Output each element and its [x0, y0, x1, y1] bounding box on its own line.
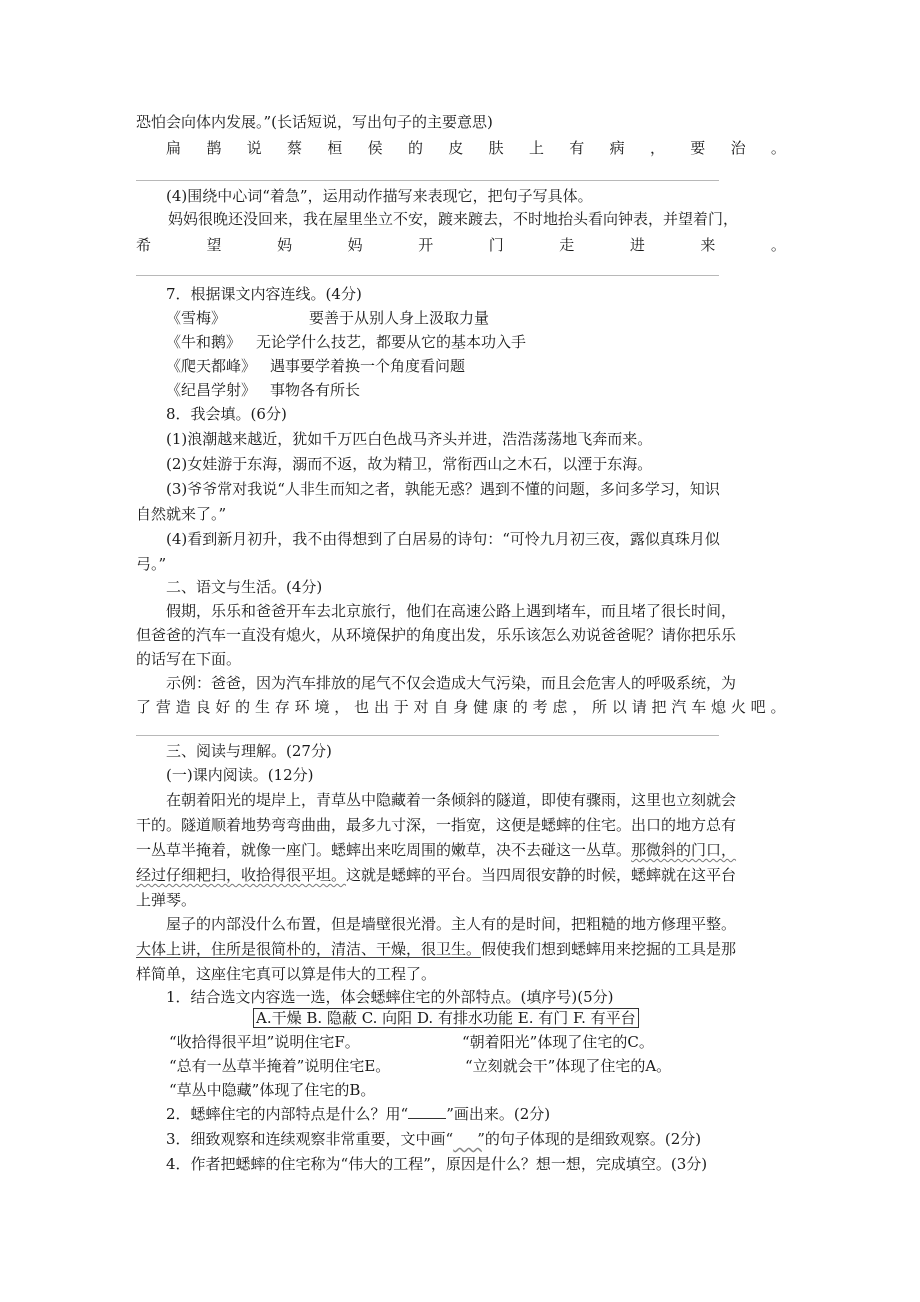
char: 妈: [348, 234, 363, 256]
question-text: ”画出来。(2分): [446, 1105, 550, 1123]
passage-text: 假使我们想到蟋蟀用来挖掘的工具是那: [481, 940, 736, 958]
passage-line: 样简单，这座住宅真可以算是伟大的工程了。: [136, 963, 436, 985]
char: 的: [235, 696, 250, 718]
answer-line-justified: 希望妈妈开门走进来。: [136, 234, 786, 256]
match-left-item: 《爬天都峰》: [136, 355, 256, 377]
match-right-item: 遇事要学着换一个角度看问题: [270, 355, 465, 377]
answer-separator: [136, 275, 719, 276]
answer-item: “总有一丛草半掩着”说明住宅E。: [169, 1055, 390, 1077]
example-line: 示例：爸爸，因为汽车排放的尾气不仅会造成大气污染，而且会危害人的呼吸系统，为: [136, 672, 736, 694]
char: 病: [610, 137, 625, 159]
question-prompt: (4)围绕中心词“着急”，运用动作描写来表现它，把句子写具体。: [136, 185, 593, 207]
char: 望: [207, 234, 222, 256]
question-title: 4．作者把蟋蟀的住宅称为“伟大的工程”，原因是什么？想一想，完成填空。(3分): [136, 1153, 707, 1175]
char: 营: [156, 696, 171, 718]
char: ，: [334, 696, 349, 718]
char: 造: [176, 696, 191, 718]
char: 有: [569, 137, 584, 159]
char: 把: [652, 696, 667, 718]
char: 来: [700, 234, 715, 256]
passage-text: 一丛草半掩着，就像一座门。蟋蟀出来吃周围的嫩草，决不去碰这一丛草。: [136, 841, 631, 859]
question-text: ”的句子体现的是细致观察。(2分): [477, 1130, 701, 1148]
match-right-item: 要善于从别人身上汲取力量: [309, 307, 489, 329]
char: 境: [314, 696, 329, 718]
char: 汽: [671, 696, 686, 718]
match-left-item: 《雪梅》: [136, 307, 226, 329]
char: 治: [731, 137, 746, 159]
char: 侯: [368, 137, 383, 159]
section-title: 二、语文与生活。(4分): [136, 576, 322, 598]
char: ，: [650, 137, 665, 159]
answer-separator: [136, 735, 719, 736]
char: 也: [354, 696, 369, 718]
char: 生: [255, 696, 270, 718]
char: 车: [691, 696, 706, 718]
char: 康: [493, 696, 508, 718]
paragraph-line: 假期，乐乐和爸爸开车去北京旅行，他们在高速公路上遇到堵车，而且堵了很长时间，: [136, 600, 736, 622]
char: 健: [473, 696, 488, 718]
char: 扁: [166, 137, 181, 159]
char: 对: [414, 696, 429, 718]
passage-line: 上弹琴。: [136, 889, 196, 911]
char: 说: [247, 137, 262, 159]
char: 桓: [327, 137, 342, 159]
underlined-text: 大体上讲，住所是很简朴的，清洁、干燥，很卫生。: [136, 940, 481, 958]
wavy-underlined-text: 那微斜的门口，: [631, 841, 736, 859]
question-title: 2．蟋蟀住宅的内部特点是什么？用“”画出来。(2分): [136, 1103, 550, 1125]
example-line-justified: 了营造良好的生存环境，也出于对自身健康的考虑，所以请把汽车熄火吧。: [136, 696, 786, 718]
passage-line: 经过仔细耙扫，收拾得很平坦。这就是蟋蟀的平台。当四周很安静的时候，蟋蟀就在这平台: [136, 864, 736, 886]
char: 请: [632, 696, 647, 718]
question-text: 2．蟋蟀住宅的内部特点是什么？用“: [166, 1105, 408, 1123]
char: 上: [529, 137, 544, 159]
char: 火: [731, 696, 746, 718]
passage-line: 在朝着阳光的堤岸上，青草丛中隐藏着一条倾斜的隧道，即使有骤雨，这里也立刻就会: [136, 789, 736, 811]
fill-item: (2)女娃游于东海，溺而不返，故为精卫，常衔西山之木石，以湮于东海。: [136, 453, 652, 475]
char: 良: [195, 696, 210, 718]
char: 吧: [751, 696, 766, 718]
char: 。: [771, 137, 786, 159]
answer-separator: [136, 180, 719, 181]
fill-item: (4)看到新月初升，我不由得想到了白居易的诗句：“可怜九月初三夜，露似真珠月似: [136, 528, 720, 550]
char: 以: [612, 696, 627, 718]
match-left-item: 《纪昌学射》: [136, 379, 256, 401]
answer-item: “收拾得很平坦”说明住宅F。: [169, 1031, 360, 1053]
passage-line: 干的。隧道顺着地势弯弯曲曲，最多九寸深，一指宽，这便是蟋蟀的住宅。出口的地方总有: [136, 814, 736, 836]
char: 于: [394, 696, 409, 718]
passage-line: 屋子的内部没什么布置，但是墙壁很光滑。主人有的是时间，把粗糙的地方修理平整。: [136, 913, 736, 935]
char: 考: [533, 696, 548, 718]
passage-text: 这就是蟋蟀的平台。当四周很安静的时候，蟋蟀就在这平台: [346, 866, 736, 884]
fill-item: (3)爷爷常对我说“人非生而知之者，孰能无惑？遇到不懂的问题，多问多学习，知识: [136, 478, 720, 500]
char: 进: [630, 234, 645, 256]
fill-item: (1)浪潮越来越近，犹如千万匹白色战马齐头并进，浩浩荡荡地飞奔而来。: [136, 428, 652, 450]
wavy-line-symbol: ​: [453, 1128, 477, 1150]
char: 皮: [448, 137, 463, 159]
char: 鹊: [206, 137, 221, 159]
question-title: 3．细致观察和连续观察非常重要，文中画“​ ”的句子体现的是细致观察。(2分): [136, 1128, 701, 1150]
answer-item: “立刻就会干”体现了住宅的A。: [465, 1055, 671, 1077]
answer-line: 妈妈很晚还没回来，我在屋里坐立不安，踱来踱去，不时地抬头看向钟表，并望着门，: [136, 208, 738, 230]
char: 了: [136, 696, 151, 718]
options-box: A.干燥 B. 隐蔽 C. 向阳 D. 有排水功能 E. 有门 F. 有平台: [253, 1009, 639, 1027]
question-title: 7．根据课文内容连线。(4分): [136, 283, 362, 305]
answer-item: “朝着阳光”体现了住宅的C。: [462, 1031, 654, 1053]
passage-line: 大体上讲，住所是很简朴的，清洁、干燥，很卫生。假使我们想到蟋蟀用来挖掘的工具是那: [136, 938, 736, 960]
options-text: A.干燥 B. 隐蔽 C. 向阳 D. 有排水功能 E. 有门 F. 有平台: [253, 1008, 639, 1028]
fill-item-cont: 自然就来了。”: [136, 503, 226, 525]
char: 出: [374, 696, 389, 718]
char: 的: [408, 137, 423, 159]
char: 身: [453, 696, 468, 718]
fill-item-cont: 弓。”: [136, 553, 166, 575]
answer-item: “草丛中隐藏”体现了住宅的B。: [169, 1079, 375, 1101]
char: 。: [771, 696, 786, 718]
section-title: 三、阅读与理解。(27分): [136, 740, 332, 762]
straight-line-symbol: [408, 1104, 446, 1119]
question-title: 8．我会填。(6分): [136, 403, 287, 425]
text-line: 恐怕会向体内发展。”(长话短说，写出句子的主要意思): [136, 111, 493, 133]
match-left-item: 《牛和鹅》: [136, 331, 241, 353]
char: 开: [418, 234, 433, 256]
paragraph-line: 但爸爸的汽车一直没有熄火，从环境保护的角度出发，乐乐该怎么劝说爸爸呢？请你把乐乐: [136, 624, 736, 646]
char: 所: [592, 696, 607, 718]
char: 蔡: [287, 137, 302, 159]
char: 好: [215, 696, 230, 718]
char: 环: [295, 696, 310, 718]
char: ，: [572, 696, 587, 718]
paragraph-line: 的话写在下面。: [136, 648, 241, 670]
char: 门: [489, 234, 504, 256]
char: 的: [513, 696, 528, 718]
question-title: 1．结合选文内容选一选，体会蟋蟀住宅的外部特点。(填序号)(5分): [136, 986, 614, 1008]
wavy-underlined-text: 经过仔细耙扫，收拾得很平坦。: [136, 866, 346, 884]
question-text: 3．细致观察和连续观察非常重要，文中画“: [166, 1130, 453, 1148]
char: 虑: [552, 696, 567, 718]
char: 存: [275, 696, 290, 718]
passage-line: 一丛草半掩着，就像一座门。蟋蟀出来吃周围的嫩草，决不去碰这一丛草。那微斜的门口，: [136, 839, 736, 861]
char: 肤: [489, 137, 504, 159]
char: 熄: [711, 696, 726, 718]
subsection-title: (一)课内阅读。(12分): [136, 764, 314, 786]
char: 自: [433, 696, 448, 718]
char: 走: [559, 234, 574, 256]
char: 要: [690, 137, 705, 159]
match-right-item: 无论学什么技艺，都要从它的基本功入手: [256, 331, 526, 353]
char: 妈: [277, 234, 292, 256]
char: 。: [771, 234, 786, 256]
char: 希: [136, 234, 151, 256]
answer-line-justified: 扁鹊说蔡桓侯的皮肤上有病，要治。: [136, 137, 786, 159]
match-right-item: 事物各有所长: [270, 379, 360, 401]
